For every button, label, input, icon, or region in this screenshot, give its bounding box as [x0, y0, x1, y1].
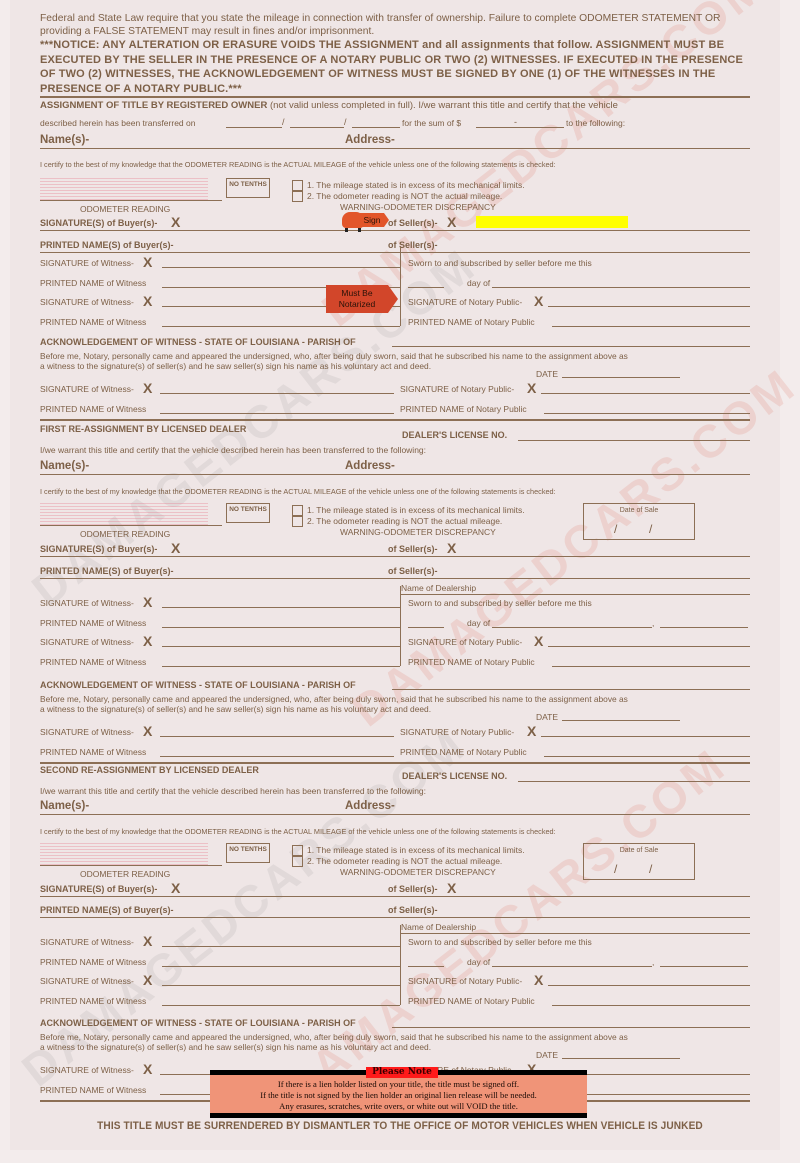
odometer-reading-label: ODOMETER READING [80, 869, 170, 879]
witness-1-signature-label: SIGNATURE of Witness- [40, 937, 134, 947]
checkbox-not-actual-mileage[interactable] [292, 191, 303, 202]
parish-field[interactable] [392, 1027, 750, 1028]
acknowledgement-body-1: Before me, Notary, personally came and a… [40, 351, 628, 361]
no-tenths-box: NO TENTHS [226, 843, 270, 863]
ack-date-field[interactable] [562, 1058, 680, 1059]
reassignment-heading-1: FIRST RE-ASSIGNMENT BY LICENSED DEALER [40, 424, 246, 434]
signature-x-mark: X [447, 214, 456, 230]
statement-not-actual-mileage: 2. The odometer reading is NOT the actua… [307, 516, 502, 526]
notary-printed-name-field[interactable] [552, 1005, 750, 1006]
witness-2-signature-field[interactable] [162, 985, 400, 986]
statement-not-actual-mileage: 2. The odometer reading is NOT the actua… [307, 191, 502, 201]
odometer-reading-label: ODOMETER READING [80, 529, 170, 539]
date-separator: / [282, 117, 285, 127]
ack-witness-signature-label: SIGNATURE of Witness- [40, 727, 134, 737]
notary-signature-field[interactable] [548, 985, 750, 986]
sworn-month-field[interactable] [492, 966, 652, 967]
sign-here-badge: Sign [342, 210, 388, 234]
notary-signature-label: SIGNATURE of Notary Public- [408, 976, 522, 986]
acknowledgement-body-1: Before me, Notary, personally came and a… [40, 1032, 628, 1042]
signature-x-mark: X [143, 723, 152, 739]
warrant-text: I/we warrant this title and certify that… [40, 786, 426, 796]
ack-date-field[interactable] [562, 377, 680, 378]
dealership-name-field[interactable] [400, 933, 750, 934]
note-line-lien: If there is a lien holder listed on your… [210, 1079, 587, 1090]
signature-x-mark: X [143, 633, 152, 649]
witness-1-printed-name-field[interactable] [162, 627, 400, 628]
dealership-name-field[interactable] [400, 594, 750, 595]
notary-printed-name-field[interactable] [552, 326, 750, 327]
seller-signature-label: of Seller(s)- [388, 884, 438, 894]
ack-date-label: DATE [536, 369, 558, 379]
note-line-release: If the title is not signed by the lien h… [210, 1090, 587, 1101]
transfer-month-field[interactable] [226, 127, 282, 128]
transfer-day-field[interactable] [290, 127, 344, 128]
date-separator: / [614, 862, 617, 876]
checkbox-mechanical-limits[interactable] [292, 505, 303, 516]
printed-name-line[interactable] [40, 917, 750, 918]
ack-witness-signature-field[interactable] [160, 393, 394, 394]
notary-printed-name-label: PRINTED NAME of Notary Public [408, 657, 535, 667]
witness-1-signature-label: SIGNATURE of Witness- [40, 598, 134, 608]
warrant-text: I/we warrant this title and certify that… [40, 445, 426, 455]
ack-notary-signature-label: SIGNATURE of Notary Public- [400, 384, 514, 394]
badge-line-1: Must Be [326, 288, 388, 299]
witness-2-signature-field[interactable] [162, 646, 400, 647]
sworn-day-field[interactable] [408, 627, 444, 628]
buyer-names-label: Name(s)- [40, 134, 89, 146]
ack-notary-printed-label: PRINTED NAME of Notary Public [400, 404, 527, 414]
buyer-signature-label: SIGNATURE(S) of Buyer(s)- [40, 544, 157, 554]
sign-label: Sign [360, 213, 384, 227]
notice-text: ***NOTICE: ANY ALTERATION OR ERASURE VOI… [40, 38, 750, 96]
odometer-underline [40, 525, 222, 526]
checkbox-not-actual-mileage[interactable] [292, 856, 303, 867]
ack-date-label: DATE [536, 1050, 558, 1060]
names-address-field[interactable] [40, 148, 750, 149]
signature-line[interactable] [40, 556, 750, 557]
column-divider [400, 246, 401, 326]
ack-date-label: DATE [536, 712, 558, 722]
acknowledgement-heading: ACKNOWLEDGEMENT OF WITNESS - STATE OF LO… [40, 1018, 356, 1028]
ack-witness-signature-field[interactable] [160, 736, 394, 737]
notary-signature-label: SIGNATURE of Notary Public- [408, 297, 522, 307]
sworn-year-field[interactable] [660, 966, 748, 967]
witness-2-printed-name-label: PRINTED NAME of Witness [40, 657, 146, 667]
section-divider [40, 762, 750, 764]
notary-printed-name-label: PRINTED NAME of Notary Public [408, 317, 535, 327]
ack-notary-printed-label: PRINTED NAME of Notary Public [400, 747, 527, 757]
acknowledgement-body-1: Before me, Notary, personally came and a… [40, 694, 628, 704]
column-divider [400, 925, 401, 1005]
buyer-printed-name-label: PRINTED NAME(S) of Buyer(s)- [40, 240, 174, 250]
checkbox-mechanical-limits[interactable] [292, 180, 303, 191]
signature-x-mark: X [171, 880, 180, 896]
header-notice: Federal and State Law require that you s… [40, 12, 750, 96]
ack-witness-printed-label: PRINTED NAME of Witness [40, 404, 146, 414]
witness-2-printed-name-field[interactable] [162, 1005, 400, 1006]
ack-notary-signature-field[interactable] [541, 393, 750, 394]
date-of-sale-box[interactable]: Date of Sale// [583, 503, 695, 540]
signature-x-mark: X [143, 254, 152, 270]
sworn-month-field[interactable] [492, 287, 750, 288]
witness-1-signature-label: SIGNATURE of Witness- [40, 258, 134, 268]
signature-x-mark: X [527, 723, 536, 739]
witness-2-signature-label: SIGNATURE of Witness- [40, 297, 134, 307]
comma: , [652, 618, 654, 628]
seller-printed-name-label: of Seller(s)- [388, 240, 438, 250]
sum-separator: - [514, 117, 517, 127]
sworn-text: Sworn to and subscribed by seller before… [408, 937, 592, 947]
signature-x-mark: X [534, 293, 543, 309]
day-of-label: day of [467, 278, 490, 288]
signature-x-mark: X [527, 380, 536, 396]
notary-signature-field[interactable] [548, 306, 750, 307]
statement-mechanical-limits: 1. The mileage stated is in excess of it… [307, 180, 525, 190]
ack-date-field[interactable] [562, 720, 680, 721]
divider [40, 96, 750, 98]
odometer-reading-field[interactable] [40, 843, 208, 865]
buyer-printed-name-label: PRINTED NAME(S) of Buyer(s)- [40, 566, 174, 576]
buyer-printed-name-label: PRINTED NAME(S) of Buyer(s)- [40, 905, 174, 915]
witness-2-signature-label: SIGNATURE of Witness- [40, 976, 134, 986]
sworn-text: Sworn to and subscribed by seller before… [408, 258, 592, 268]
signature-x-mark: X [171, 214, 180, 230]
badge-line-2: Notarized [326, 299, 388, 310]
signature-x-mark: X [534, 633, 543, 649]
witness-2-printed-name-label: PRINTED NAME of Witness [40, 996, 146, 1006]
buyer-address-label: Address- [345, 460, 395, 472]
witness-1-signature-field[interactable] [162, 267, 400, 268]
parish-field[interactable] [392, 689, 750, 690]
to-following-label: to the following: [566, 118, 625, 128]
checkbox-mechanical-limits[interactable] [292, 845, 303, 856]
signature-x-mark: X [171, 540, 180, 556]
odometer-underline [40, 200, 222, 201]
printed-name-line[interactable] [40, 578, 750, 579]
no-tenths-box: NO TENTHS [226, 178, 270, 198]
seller-printed-name-label: of Seller(s)- [388, 566, 438, 576]
notary-signature-label: SIGNATURE of Notary Public- [408, 637, 522, 647]
witness-1-printed-name-label: PRINTED NAME of Witness [40, 278, 146, 288]
transfer-date-line: described herein has been transferred on [40, 118, 195, 128]
notary-printed-name-label: PRINTED NAME of Notary Public [408, 996, 535, 1006]
buyer-signature-label: SIGNATURE(S) of Buyer(s)- [40, 218, 157, 228]
dismantler-footer: THIS TITLE MUST BE SURRENDERED BY DISMAN… [32, 1120, 768, 1132]
date-separator: / [649, 522, 652, 536]
names-address-field[interactable] [40, 474, 750, 475]
witness-2-printed-name-label: PRINTED NAME of Witness [40, 317, 146, 327]
acknowledgement-body-2: a witness to the signature(s) of seller(… [40, 361, 431, 371]
buyer-signature-label: SIGNATURE(S) of Buyer(s)- [40, 884, 157, 894]
notary-printed-name-field[interactable] [552, 666, 750, 667]
seller-signature-label: of Seller(s)- [388, 544, 438, 554]
column-divider [400, 586, 401, 666]
witness-1-signature-field[interactable] [162, 607, 400, 608]
must-be-notarized-badge: Must Be Notarized [326, 285, 398, 313]
mileage-law-text: Federal and State Law require that you s… [40, 12, 750, 38]
sworn-text: Sworn to and subscribed by seller before… [408, 598, 592, 608]
odometer-underline [40, 865, 222, 866]
comma: , [652, 957, 654, 967]
ack-witness-printed-field[interactable] [160, 413, 394, 414]
ack-witness-signature-label: SIGNATURE of Witness- [40, 1065, 134, 1075]
signature-line[interactable] [40, 230, 750, 231]
statement-mechanical-limits: 1. The mileage stated is in excess of it… [307, 505, 525, 515]
ack-witness-printed-field[interactable] [160, 756, 394, 757]
signature-x-mark: X [143, 972, 152, 988]
odometer-certification-text: I certify to the best of my knowledge th… [40, 487, 556, 496]
sworn-day-field[interactable] [408, 287, 444, 288]
witness-1-printed-name-label: PRINTED NAME of Witness [40, 957, 146, 967]
signature-x-mark: X [447, 880, 456, 896]
odometer-reading-field[interactable] [40, 503, 208, 525]
sworn-day-field[interactable] [408, 966, 444, 967]
please-note-lines: If there is a lien holder listed on your… [210, 1079, 587, 1112]
odometer-reading-field[interactable] [40, 178, 208, 200]
notary-signature-field[interactable] [548, 646, 750, 647]
witness-2-signature-label: SIGNATURE of Witness- [40, 637, 134, 647]
date-of-sale-box[interactable]: Date of Sale// [583, 843, 695, 880]
ack-notary-signature-label: SIGNATURE of Notary Public- [400, 727, 514, 737]
witness-1-printed-name-label: PRINTED NAME of Witness [40, 618, 146, 628]
day-of-label: day of [467, 618, 490, 628]
ack-notary-printed-field[interactable] [544, 413, 750, 414]
sale-price-field[interactable] [476, 127, 564, 128]
date-separator: / [614, 522, 617, 536]
reassignment-heading-2: SECOND RE-ASSIGNMENT BY LICENSED DEALER [40, 765, 259, 775]
signature-line[interactable] [40, 896, 750, 897]
transfer-year-field[interactable] [352, 127, 400, 128]
seller-signature-highlight [476, 216, 628, 228]
buyer-names-label: Name(s)- [40, 800, 89, 812]
parish-field[interactable] [392, 346, 750, 347]
date-of-sale-label: Date of Sale [584, 507, 694, 514]
odometer-reading-label: ODOMETER READING [80, 204, 170, 214]
ack-notary-signature-field[interactable] [541, 736, 750, 737]
buyer-address-label: Address- [345, 134, 395, 146]
checkbox-not-actual-mileage[interactable] [292, 516, 303, 527]
odometer-certification-text: I certify to the best of my knowledge th… [40, 160, 556, 169]
signature-x-mark: X [143, 380, 152, 396]
printed-name-line[interactable] [40, 252, 750, 253]
seller-printed-name-label: of Seller(s)- [388, 905, 438, 915]
buyer-names-label: Name(s)- [40, 460, 89, 472]
witness-2-printed-name-field[interactable] [162, 326, 400, 327]
buyer-address-label: Address- [345, 800, 395, 812]
date-separator: / [649, 862, 652, 876]
arrow-icon [384, 213, 389, 227]
section-divider [40, 419, 750, 421]
note-line-void: Any erasures, scratches, write overs, or… [210, 1101, 587, 1112]
no-tenths-box: NO TENTHS [226, 503, 270, 523]
witness-1-printed-name-field[interactable] [162, 966, 400, 967]
witness-1-signature-field[interactable] [162, 946, 400, 947]
dealership-name-label: Name of Dealership [401, 922, 476, 932]
assignment-heading: ASSIGNMENT OF TITLE BY REGISTERED OWNER … [40, 100, 618, 111]
date-separator: / [344, 117, 347, 127]
seller-signature-label: of Seller(s)- [388, 218, 438, 228]
signature-x-mark: X [143, 594, 152, 610]
names-address-field[interactable] [40, 814, 750, 815]
dealer-license-label: DEALER'S LICENSE NO. [402, 430, 507, 440]
please-note-title: Please Note [366, 1067, 438, 1078]
witness-2-printed-name-field[interactable] [162, 666, 400, 667]
signature-x-mark: X [534, 972, 543, 988]
signature-x-mark: X [143, 933, 152, 949]
acknowledgement-body-2: a witness to the signature(s) of seller(… [40, 704, 431, 714]
dealership-name-label: Name of Dealership [401, 583, 476, 593]
odometer-discrepancy-warning: WARNING-ODOMETER DISCREPANCY [340, 867, 496, 877]
ack-witness-printed-label: PRINTED NAME of Witness [40, 747, 146, 757]
sworn-year-field[interactable] [660, 627, 748, 628]
acknowledgement-heading: ACKNOWLEDGEMENT OF WITNESS - STATE OF LO… [40, 337, 356, 347]
dealer-license-field[interactable] [518, 440, 750, 441]
dealer-license-label: DEALER'S LICENSE NO. [402, 771, 507, 781]
odometer-certification-text: I certify to the best of my knowledge th… [40, 827, 556, 836]
ack-witness-printed-label: PRINTED NAME of Witness [40, 1085, 146, 1095]
statement-mechanical-limits: 1. The mileage stated is in excess of it… [307, 845, 525, 855]
date-of-sale-label: Date of Sale [584, 847, 694, 854]
dealer-license-field[interactable] [518, 781, 750, 782]
odometer-discrepancy-warning: WARNING-ODOMETER DISCREPANCY [340, 527, 496, 537]
sworn-month-field[interactable] [492, 627, 652, 628]
acknowledgement-heading: ACKNOWLEDGEMENT OF WITNESS - STATE OF LO… [40, 680, 356, 690]
ack-witness-signature-label: SIGNATURE of Witness- [40, 384, 134, 394]
statement-not-actual-mileage: 2. The odometer reading is NOT the actua… [307, 856, 502, 866]
ack-notary-printed-field[interactable] [544, 756, 750, 757]
signature-x-mark: X [143, 1061, 152, 1077]
day-of-label: day of [467, 957, 490, 967]
acknowledgement-body-2: a witness to the signature(s) of seller(… [40, 1042, 431, 1052]
sum-label: for the sum of $ [402, 118, 461, 128]
arrow-right-icon [388, 285, 398, 313]
signature-x-mark: X [447, 540, 456, 556]
signature-x-mark: X [143, 293, 152, 309]
